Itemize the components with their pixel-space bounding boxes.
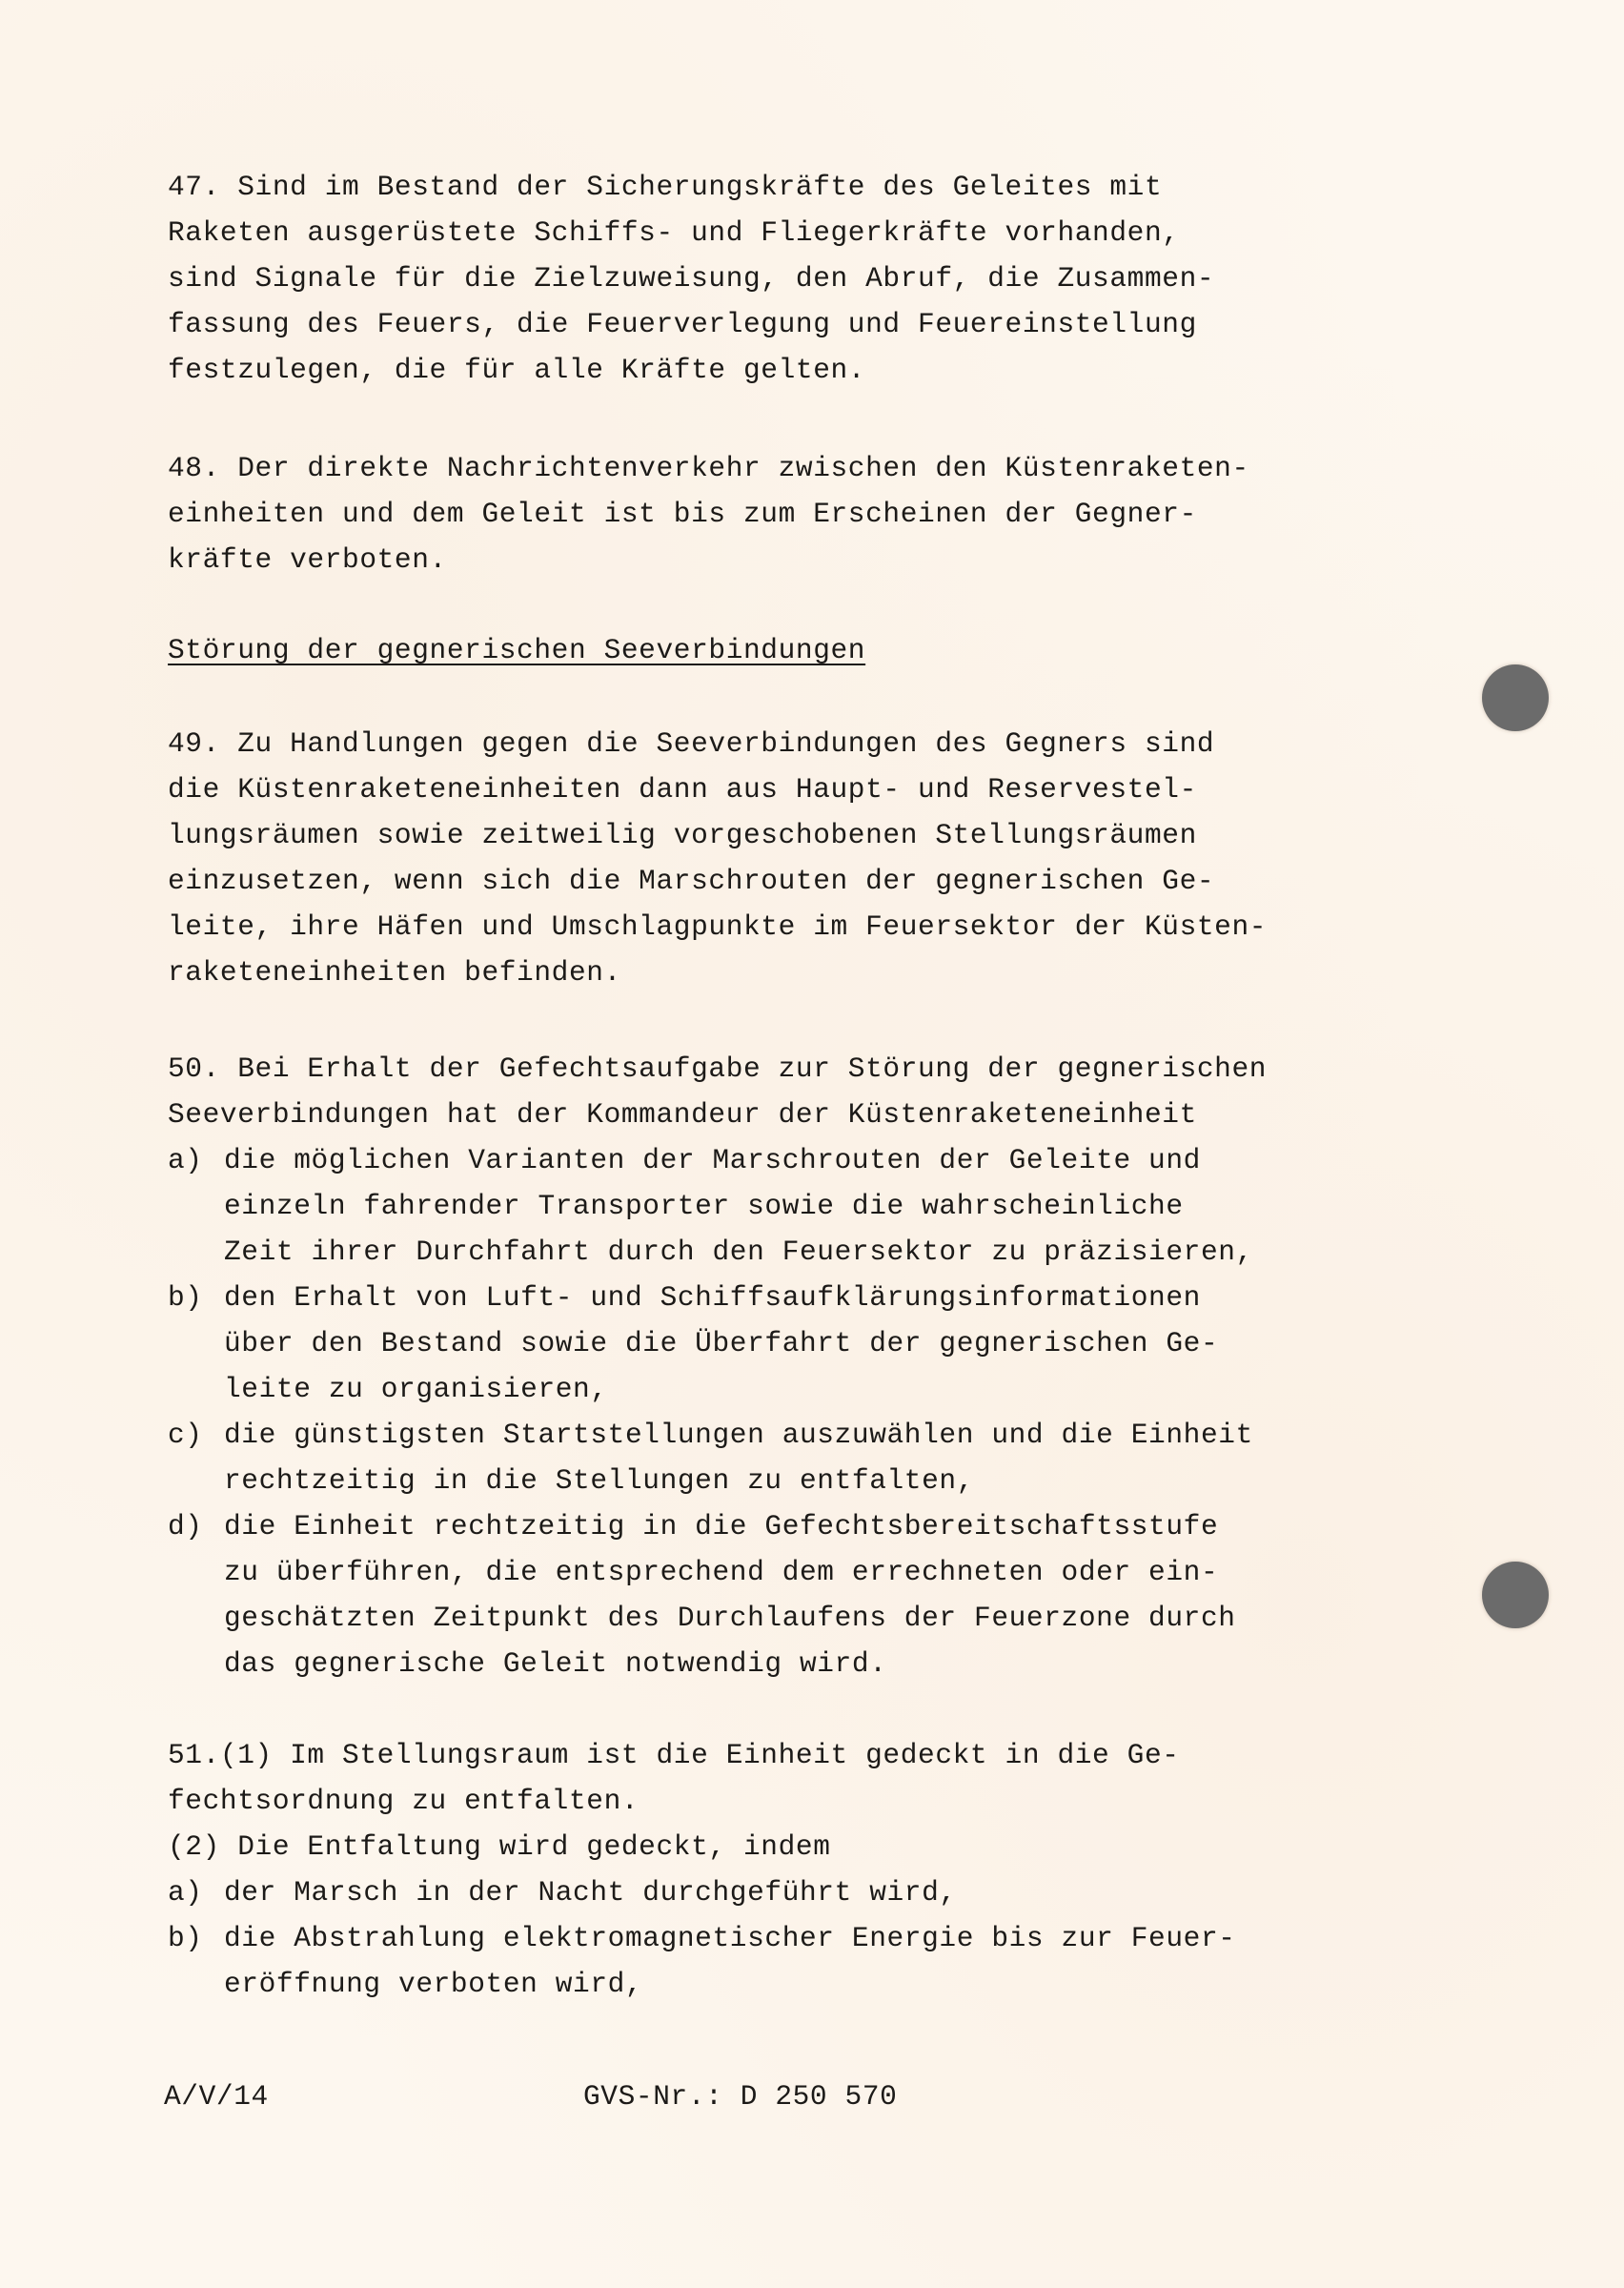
list-label: a) [168, 1869, 203, 1915]
text-line: einzusetzen, wenn sich die Marschrouten … [168, 858, 1214, 904]
text-line: einheiten und dem Geleit ist bis zum Ers… [168, 491, 1197, 537]
text-line: 49. Zu Handlungen gegen die Seeverbindun… [168, 721, 1214, 766]
text-line: fassung des Feuers, die Feuerverlegung u… [168, 301, 1197, 347]
section-heading: Störung der gegnerischen Seeverbindungen [168, 627, 865, 673]
text-line: raketeneinheiten befinden. [168, 950, 621, 995]
text-line: Raketen ausgerüstete Schiffs- und Fliege… [168, 210, 1180, 255]
text-line: leite, ihre Häfen und Umschlagpunkte im … [168, 904, 1267, 950]
text-line: das gegnerische Geleit notwendig wird. [224, 1641, 887, 1686]
text-line: sind Signale für die Zielzuweisung, den … [168, 255, 1214, 301]
text-line: die günstigsten Startstellungen auszuwäh… [224, 1412, 1253, 1458]
text-line: 48. Der direkte Nachrichtenverkehr zwisc… [168, 445, 1249, 491]
text-line: festzulegen, die für alle Kräfte gelten. [168, 347, 865, 393]
text-line: der Marsch in der Nacht durchgeführt wir… [224, 1869, 957, 1915]
list-label: b) [168, 1275, 203, 1320]
punch-hole-icon [1482, 664, 1549, 731]
text-line: zu überführen, die entsprechend dem erre… [224, 1549, 1218, 1595]
text-line: lungsräumen sowie zeitweilig vorgeschobe… [168, 812, 1197, 858]
text-line: 51.(1) Im Stellungsraum ist die Einheit … [168, 1732, 1180, 1778]
footer-page-ref: A/V/14 [164, 2073, 269, 2119]
text-line: über den Bestand sowie die Überfahrt der… [224, 1320, 1218, 1366]
text-line: die Küstenraketeneinheiten dann aus Haup… [168, 766, 1197, 812]
text-line: (2) Die Entfaltung wird gedeckt, indem [168, 1824, 831, 1869]
text-line: geschätzten Zeitpunkt des Durchlaufens d… [224, 1595, 1236, 1641]
text-line: die möglichen Varianten der Marschrouten… [224, 1137, 1201, 1183]
list-label: c) [168, 1412, 203, 1458]
document-page: 47. Sind im Bestand der Sicherungskräfte… [0, 0, 1624, 2288]
list-label: d) [168, 1503, 203, 1549]
text-line: 47. Sind im Bestand der Sicherungskräfte… [168, 164, 1162, 210]
text-line: den Erhalt von Luft- und Schiffsaufkläru… [224, 1275, 1201, 1320]
text-line: Seeverbindungen hat der Kommandeur der K… [168, 1092, 1197, 1137]
text-line: Zeit ihrer Durchfahrt durch den Feuersek… [224, 1229, 1253, 1275]
punch-hole-icon [1482, 1562, 1549, 1628]
text-line: die Abstrahlung elektromagnetischer Ener… [224, 1915, 1236, 1961]
list-label: b) [168, 1915, 203, 1961]
text-line: leite zu organisieren, [224, 1366, 608, 1412]
list-label: a) [168, 1137, 203, 1183]
footer-classification-number: GVS-Nr.: D 250 570 [583, 2073, 897, 2119]
text-line: eröffnung verboten wird, [224, 1961, 642, 2007]
text-line: rechtzeitig in die Stellungen zu entfalt… [224, 1458, 974, 1503]
text-line: die Einheit rechtzeitig in die Gefechtsb… [224, 1503, 1218, 1549]
text-line: 50. Bei Erhalt der Gefechtsaufgabe zur S… [168, 1046, 1267, 1092]
text-line: kräfte verboten. [168, 537, 447, 582]
text-line: fechtsordnung zu entfalten. [168, 1778, 639, 1824]
text-line: einzeln fahrender Transporter sowie die … [224, 1183, 1184, 1229]
